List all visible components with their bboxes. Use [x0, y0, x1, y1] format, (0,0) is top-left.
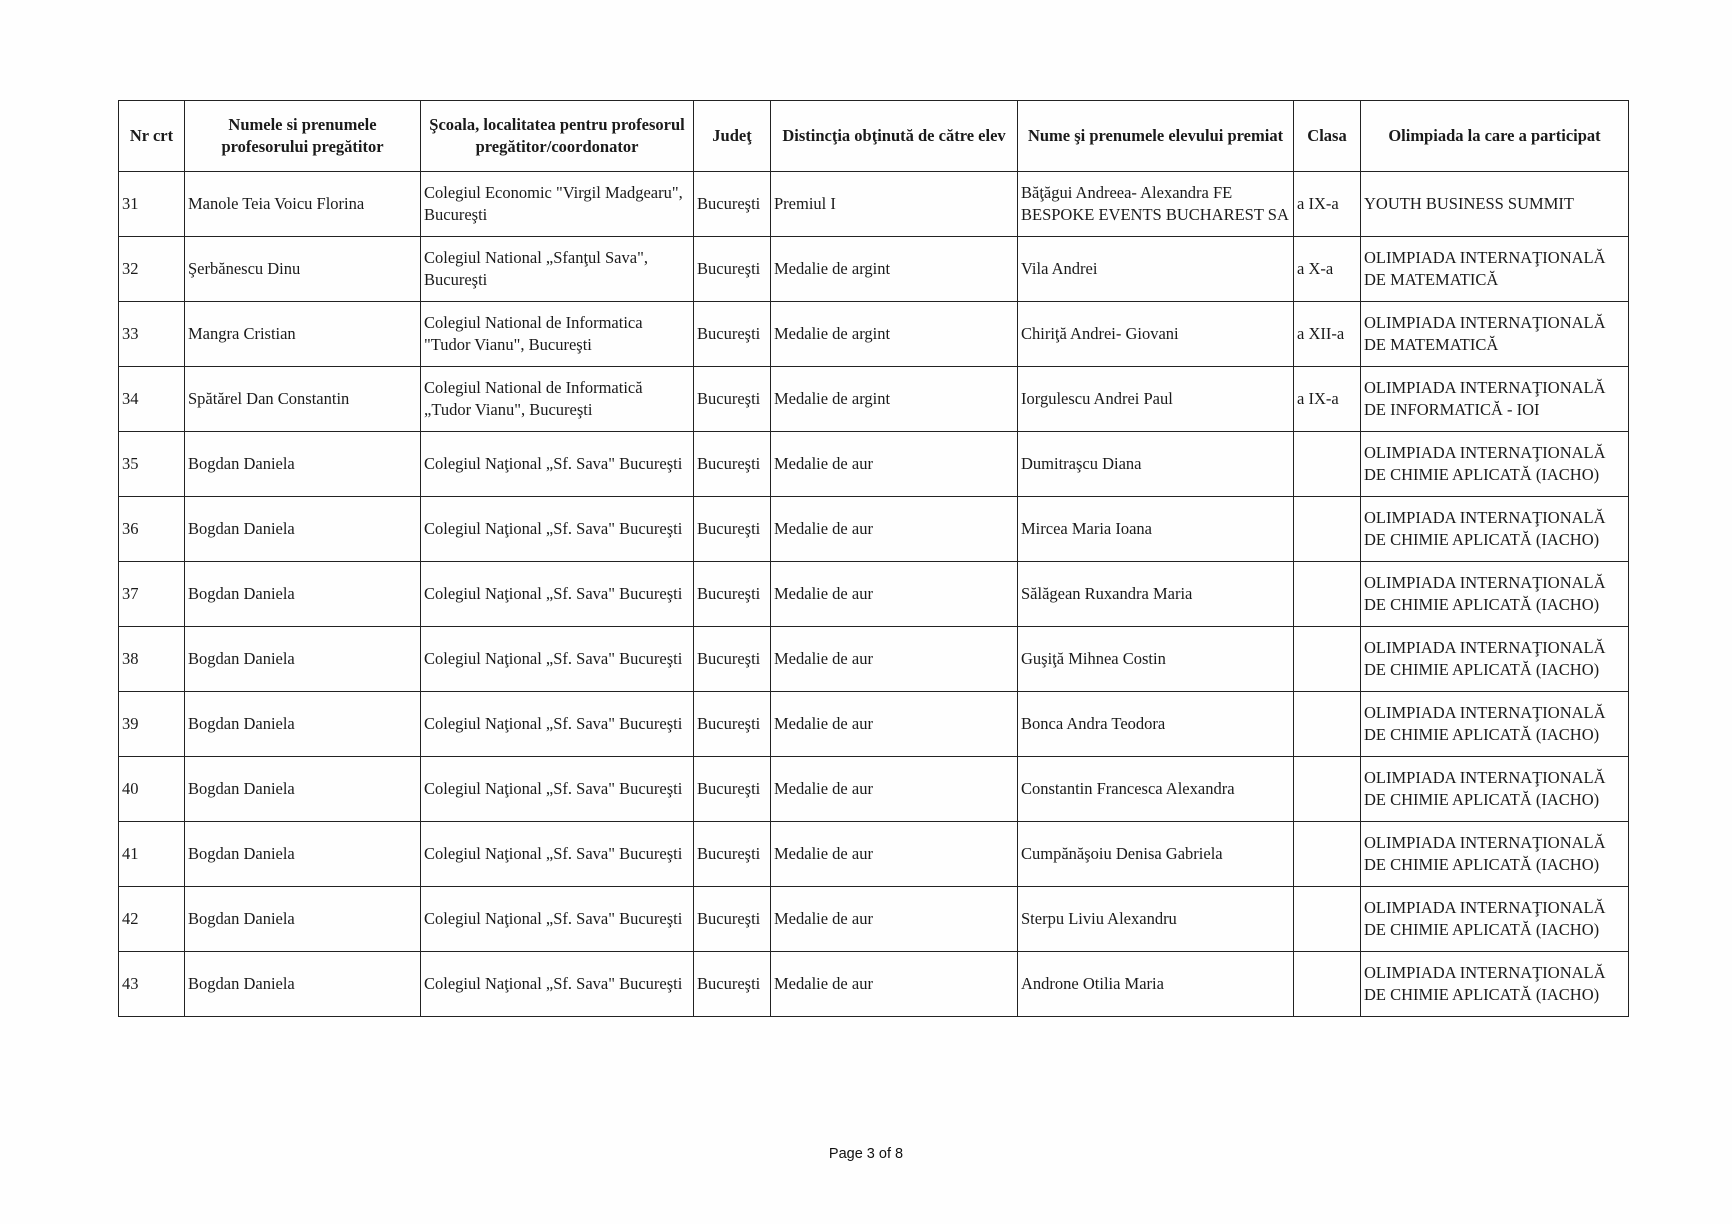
header-distinction: Distincţia obţinută de către elev	[771, 101, 1018, 172]
cell-distinction: Medalie de aur	[771, 627, 1018, 692]
document-page: Nr crt Numele si prenumele profesorului …	[0, 0, 1732, 1224]
cell-nr: 38	[119, 627, 185, 692]
cell-county: Bucureşti	[694, 822, 771, 887]
cell-distinction: Medalie de argint	[771, 237, 1018, 302]
cell-nr: 32	[119, 237, 185, 302]
header-county: Judeţ	[694, 101, 771, 172]
cell-olympiad: OLIMPIADA INTERNAŢIONALĂ DE CHIMIE APLIC…	[1361, 497, 1629, 562]
cell-nr: 42	[119, 887, 185, 952]
cell-student: Iorgulescu Andrei Paul	[1018, 367, 1294, 432]
cell-school: Colegiul Naţional „Sf. Sava" Bucureşti	[421, 822, 694, 887]
cell-class	[1294, 432, 1361, 497]
cell-teacher: Bogdan Daniela	[185, 757, 421, 822]
cell-school: Colegiul Naţional „Sf. Sava" Bucureşti	[421, 627, 694, 692]
cell-county: Bucureşti	[694, 302, 771, 367]
cell-county: Bucureşti	[694, 367, 771, 432]
cell-class: a XII-a	[1294, 302, 1361, 367]
cell-distinction: Medalie de aur	[771, 822, 1018, 887]
cell-teacher: Bogdan Daniela	[185, 562, 421, 627]
cell-olympiad: OLIMPIADA INTERNAŢIONALĂ DE INFORMATICĂ …	[1361, 367, 1629, 432]
cell-student: Guşiţă Mihnea Costin	[1018, 627, 1294, 692]
cell-distinction: Medalie de aur	[771, 887, 1018, 952]
table-row: 31Manole Teia Voicu FlorinaColegiul Econ…	[119, 172, 1629, 237]
cell-teacher: Bogdan Daniela	[185, 497, 421, 562]
cell-distinction: Medalie de aur	[771, 757, 1018, 822]
cell-nr: 36	[119, 497, 185, 562]
header-school: Şcoala, localitatea pentru profesorul pr…	[421, 101, 694, 172]
cell-nr: 43	[119, 952, 185, 1017]
cell-student: Sălăgean Ruxandra Maria	[1018, 562, 1294, 627]
table-header-row: Nr crt Numele si prenumele profesorului …	[119, 101, 1629, 172]
cell-school: Colegiul National de Informatica "Tudor …	[421, 302, 694, 367]
cell-distinction: Medalie de aur	[771, 952, 1018, 1017]
table-row: 43Bogdan DanielaColegiul Naţional „Sf. S…	[119, 952, 1629, 1017]
cell-olympiad: OLIMPIADA INTERNAŢIONALĂ DE MATEMATICĂ	[1361, 302, 1629, 367]
awards-table: Nr crt Numele si prenumele profesorului …	[118, 100, 1629, 1017]
cell-class	[1294, 692, 1361, 757]
table-row: 32Şerbănescu DinuColegiul National „Sfan…	[119, 237, 1629, 302]
cell-nr: 34	[119, 367, 185, 432]
cell-student: Constantin Francesca Alexandra	[1018, 757, 1294, 822]
cell-school: Colegiul Naţional „Sf. Sava" Bucureşti	[421, 432, 694, 497]
cell-student: Chiriţă Andrei- Giovani	[1018, 302, 1294, 367]
cell-nr: 35	[119, 432, 185, 497]
cell-teacher: Şerbănescu Dinu	[185, 237, 421, 302]
cell-nr: 37	[119, 562, 185, 627]
cell-olympiad: OLIMPIADA INTERNAŢIONALĂ DE MATEMATICĂ	[1361, 237, 1629, 302]
cell-olympiad: OLIMPIADA INTERNAŢIONALĂ DE CHIMIE APLIC…	[1361, 627, 1629, 692]
cell-teacher: Bogdan Daniela	[185, 952, 421, 1017]
cell-student: Dumitraşcu Diana	[1018, 432, 1294, 497]
cell-class: a IX-a	[1294, 367, 1361, 432]
cell-class: a IX-a	[1294, 172, 1361, 237]
cell-distinction: Medalie de argint	[771, 367, 1018, 432]
cell-student: Sterpu Liviu Alexandru	[1018, 887, 1294, 952]
cell-school: Colegiul National de Informatică „Tudor …	[421, 367, 694, 432]
table-row: 36Bogdan DanielaColegiul Naţional „Sf. S…	[119, 497, 1629, 562]
cell-county: Bucureşti	[694, 887, 771, 952]
cell-class	[1294, 562, 1361, 627]
cell-olympiad: OLIMPIADA INTERNAŢIONALĂ DE CHIMIE APLIC…	[1361, 562, 1629, 627]
cell-distinction: Medalie de aur	[771, 497, 1018, 562]
cell-distinction: Medalie de argint	[771, 302, 1018, 367]
cell-school: Colegiul Naţional „Sf. Sava" Bucureşti	[421, 497, 694, 562]
cell-teacher: Bogdan Daniela	[185, 822, 421, 887]
header-nr: Nr crt	[119, 101, 185, 172]
cell-teacher: Spătărel Dan Constantin	[185, 367, 421, 432]
header-teacher: Numele si prenumele profesorului pregăti…	[185, 101, 421, 172]
header-class: Clasa	[1294, 101, 1361, 172]
cell-teacher: Bogdan Daniela	[185, 432, 421, 497]
cell-county: Bucureşti	[694, 562, 771, 627]
cell-nr: 33	[119, 302, 185, 367]
cell-school: Colegiul Naţional „Sf. Sava" Bucureşti	[421, 692, 694, 757]
table-row: 37Bogdan DanielaColegiul Naţional „Sf. S…	[119, 562, 1629, 627]
cell-class	[1294, 757, 1361, 822]
cell-county: Bucureşti	[694, 627, 771, 692]
cell-school: Colegiul Naţional „Sf. Sava" Bucureşti	[421, 562, 694, 627]
cell-county: Bucureşti	[694, 237, 771, 302]
page-number: Page 3 of 8	[0, 1146, 1732, 1162]
cell-class	[1294, 497, 1361, 562]
cell-nr: 41	[119, 822, 185, 887]
table-row: 39Bogdan DanielaColegiul Naţional „Sf. S…	[119, 692, 1629, 757]
cell-teacher: Bogdan Daniela	[185, 887, 421, 952]
cell-teacher: Bogdan Daniela	[185, 627, 421, 692]
cell-olympiad: OLIMPIADA INTERNAŢIONALĂ DE CHIMIE APLIC…	[1361, 432, 1629, 497]
cell-teacher: Manole Teia Voicu Florina	[185, 172, 421, 237]
cell-school: Colegiul National „Sfanţul Sava", Bucure…	[421, 237, 694, 302]
cell-class	[1294, 627, 1361, 692]
cell-class	[1294, 887, 1361, 952]
cell-teacher: Bogdan Daniela	[185, 692, 421, 757]
cell-school: Colegiul Economic "Virgil Madgearu", Buc…	[421, 172, 694, 237]
cell-student: Băţăgui Andreea- Alexandra FE BESPOKE EV…	[1018, 172, 1294, 237]
cell-county: Bucureşti	[694, 692, 771, 757]
cell-distinction: Medalie de aur	[771, 562, 1018, 627]
cell-school: Colegiul Naţional „Sf. Sava" Bucureşti	[421, 887, 694, 952]
cell-nr: 40	[119, 757, 185, 822]
table-row: 40Bogdan DanielaColegiul Naţional „Sf. S…	[119, 757, 1629, 822]
cell-distinction: Medalie de aur	[771, 432, 1018, 497]
cell-class	[1294, 822, 1361, 887]
cell-county: Bucureşti	[694, 497, 771, 562]
cell-student: Vila Andrei	[1018, 237, 1294, 302]
cell-school: Colegiul Naţional „Sf. Sava" Bucureşti	[421, 952, 694, 1017]
table-row: 38Bogdan DanielaColegiul Naţional „Sf. S…	[119, 627, 1629, 692]
cell-county: Bucureşti	[694, 172, 771, 237]
cell-student: Cumpănăşoiu Denisa Gabriela	[1018, 822, 1294, 887]
table-row: 34Spătărel Dan ConstantinColegiul Nation…	[119, 367, 1629, 432]
cell-olympiad: OLIMPIADA INTERNAŢIONALĂ DE CHIMIE APLIC…	[1361, 952, 1629, 1017]
cell-distinction: Medalie de aur	[771, 692, 1018, 757]
cell-nr: 39	[119, 692, 185, 757]
cell-olympiad: OLIMPIADA INTERNAŢIONALĂ DE CHIMIE APLIC…	[1361, 692, 1629, 757]
cell-nr: 31	[119, 172, 185, 237]
cell-class: a X-a	[1294, 237, 1361, 302]
cell-county: Bucureşti	[694, 432, 771, 497]
cell-teacher: Mangra Cristian	[185, 302, 421, 367]
cell-county: Bucureşti	[694, 952, 771, 1017]
cell-olympiad: OLIMPIADA INTERNAŢIONALĂ DE CHIMIE APLIC…	[1361, 887, 1629, 952]
header-olympiad: Olimpiada la care a participat	[1361, 101, 1629, 172]
cell-student: Mircea Maria Ioana	[1018, 497, 1294, 562]
cell-student: Androne Otilia Maria	[1018, 952, 1294, 1017]
cell-olympiad: OLIMPIADA INTERNAŢIONALĂ DE CHIMIE APLIC…	[1361, 757, 1629, 822]
table-body: 31Manole Teia Voicu FlorinaColegiul Econ…	[119, 172, 1629, 1017]
cell-olympiad: OLIMPIADA INTERNAŢIONALĂ DE CHIMIE APLIC…	[1361, 822, 1629, 887]
cell-county: Bucureşti	[694, 757, 771, 822]
cell-student: Bonca Andra Teodora	[1018, 692, 1294, 757]
cell-school: Colegiul Naţional „Sf. Sava" Bucureşti	[421, 757, 694, 822]
header-student: Nume şi prenumele elevului premiat	[1018, 101, 1294, 172]
table-row: 33Mangra CristianColegiul National de In…	[119, 302, 1629, 367]
table-row: 35Bogdan DanielaColegiul Naţional „Sf. S…	[119, 432, 1629, 497]
cell-class	[1294, 952, 1361, 1017]
cell-olympiad: YOUTH BUSINESS SUMMIT	[1361, 172, 1629, 237]
table-row: 41Bogdan DanielaColegiul Naţional „Sf. S…	[119, 822, 1629, 887]
cell-distinction: Premiul I	[771, 172, 1018, 237]
table-row: 42Bogdan DanielaColegiul Naţional „Sf. S…	[119, 887, 1629, 952]
